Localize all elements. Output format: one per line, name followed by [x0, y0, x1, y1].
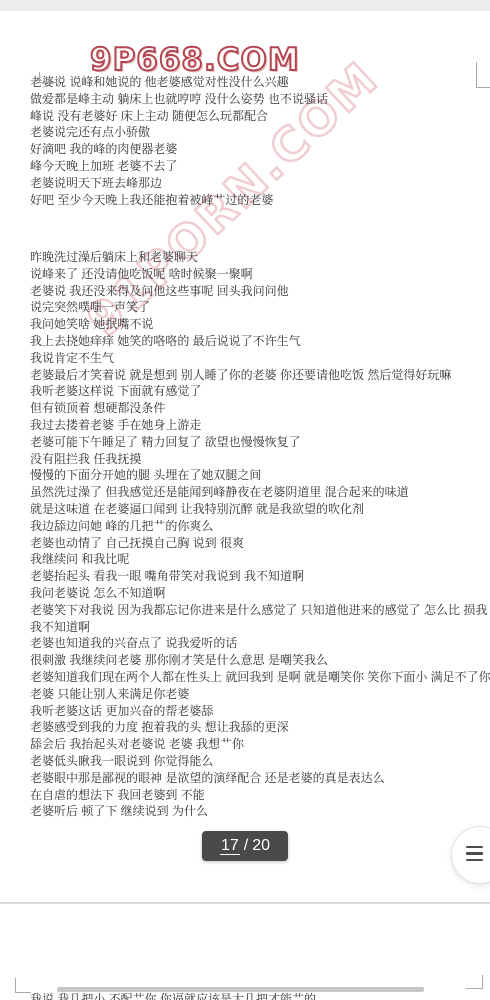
text-line: 我上去挠她痒痒 她笑的咯咯的 最后说说了不许生气	[30, 333, 490, 350]
page-number-input[interactable]: 17	[220, 837, 240, 855]
text-line: 我问老婆说 怎么不知道啊	[30, 585, 490, 602]
menu-button[interactable]	[451, 826, 490, 884]
text-line: 老婆知道我们现在两个人都在性头上 就回我到 是啊 就是嘲笑你 笑你下面小 满足不…	[30, 669, 490, 686]
text-line: 昨晚洗过澡后躺床上和老婆聊天	[30, 249, 490, 266]
text-line: 我说肯定不生气	[30, 350, 490, 367]
text-line: 舔会后 我抬起头对老婆说 老婆 我想艹你	[30, 736, 490, 753]
text-line: 老婆也知道我的兴奋点了 说我爱听的话	[30, 635, 490, 652]
text-line: 好滴吧 我的峰的肉便器老婆	[30, 141, 328, 158]
text-line: 老婆最后才笑着说 就是想到 别人睡了你的老婆 你还要请他吃饭 然后觉得好玩嘛	[30, 367, 490, 384]
text-line: 说峰来了 还没请他吃饭呢 啥时候聚一聚啊	[30, 266, 490, 283]
page2-first-line: 我说 我几把小 不配艹你 你逼就应该是大几把才能艹的	[30, 991, 316, 1000]
selection-highlight-bar	[57, 987, 424, 992]
page-margin-mark-top-right	[476, 62, 490, 88]
page2-margin-mark-right	[466, 975, 483, 989]
text-line: 老婆抬起头 看我一眼 嘴角带笑对我说到 我不知道啊	[30, 568, 490, 585]
hamburger-icon	[466, 846, 483, 865]
text-line: 我听老婆这话 更加兴奋的帮老婆舔	[30, 703, 490, 720]
text-line: 很刺激 我继续问老婆 那你刚才笑是什么意思 是嘲笑我么	[30, 652, 490, 669]
text-line: 我问她笑啥 她抿嘴不说	[30, 316, 490, 333]
page-total: 20	[252, 837, 270, 855]
page-separator: /	[244, 837, 248, 855]
text-line: 我不知道啊	[30, 619, 490, 636]
text-line: 就是这味道 在老婆逼口闻到 让我特别沉醉 就是我欲望的吹化剂	[30, 501, 490, 518]
page-break-divider	[0, 902, 490, 904]
text-line: 老婆可能下午睡足了 精力回复了 欲望也慢慢恢复了	[30, 434, 490, 451]
text-line: 慢慢的下面分开她的腿 头埋在了她双腿之间	[30, 467, 490, 484]
hamburger-bar	[466, 852, 483, 854]
text-line: 但有锁顶着 想硬都没条件	[30, 400, 490, 417]
text-line: 老婆说 我还没来得及问他这些事呢 回头我问问他	[30, 283, 490, 300]
document-paragraph-2: 昨晚洗过澡后躺床上和老婆聊天说峰来了 还没请他吃饭呢 啥时候聚一聚啊老婆说 我还…	[30, 249, 490, 820]
text-line: 做爱都是峰主动 躺床上也就哼哼 没什么姿势 也不说骚话	[30, 91, 328, 108]
hamburger-bar	[466, 846, 483, 848]
text-line: 我边舔边问她 峰的几把艹的你爽么	[30, 518, 490, 535]
top-page-gap	[0, 0, 490, 11]
text-line: 老婆也动情了 自己抚摸自己胸 说到 很爽	[30, 535, 490, 552]
document-paragraph-1: 老婆说 说峰和她说的 他老婆感觉对性没什么兴趣做爱都是峰主动 躺床上也就哼哼 没…	[30, 74, 328, 208]
text-line: 峰今天晚上加班 老婆不去了	[30, 158, 328, 175]
text-line: 好吧 至少今天晚上我还能抱着被峰艹过的老婆	[30, 192, 328, 209]
site-watermark: 9P668.COM	[90, 42, 300, 78]
text-line: 虽然洗过澡了 但我感觉还是能闻到峰静夜在老婆阴道里 混合起来的味道	[30, 484, 490, 501]
text-line: 老婆眼中那是鄙视的眼神 是欲望的演绎配合 还是老婆的真是表达么	[30, 770, 490, 787]
page-indicator[interactable]: 17 / 20	[202, 831, 288, 861]
text-line: 我过去搂着老婆 手在她身上游走	[30, 417, 490, 434]
page2-margin-mark-left	[15, 978, 31, 993]
hamburger-bar	[466, 859, 483, 861]
text-line: 老婆低头瞅我一眼说到 你觉得能么	[30, 753, 490, 770]
text-line: 老婆说明天下班去峰那边	[30, 175, 328, 192]
text-line: 老婆听后 顿了下 继续说到 为什么	[30, 803, 490, 820]
text-line: 老婆笑下对我说 因为我都忘记你进来是什么感觉了 只知道他进来的感觉了 怎么比 损…	[30, 602, 490, 619]
text-line: 我听老婆这样说 下面就有感觉了	[30, 383, 490, 400]
text-line: 说完突然噗嗤一声笑了	[30, 299, 490, 316]
page-margin-mark-top-left	[39, 72, 57, 83]
text-line: 在自虐的想法下 我回老婆到 不能	[30, 787, 490, 804]
text-line: 我继续问 和我比呢	[30, 551, 490, 568]
text-line: 峰说 没有老婆好 床上主动 随便怎么玩都配合	[30, 108, 328, 125]
text-line: 没有阻拦我 任我抚摸	[30, 451, 490, 468]
text-line: 老婆 只能让别人来满足你老婆	[30, 686, 490, 703]
text-line: 老婆说完还有点小骄傲	[30, 124, 328, 141]
text-line: 老婆感受到我的力度 抱着我的头 想让我舔的更深	[30, 719, 490, 736]
